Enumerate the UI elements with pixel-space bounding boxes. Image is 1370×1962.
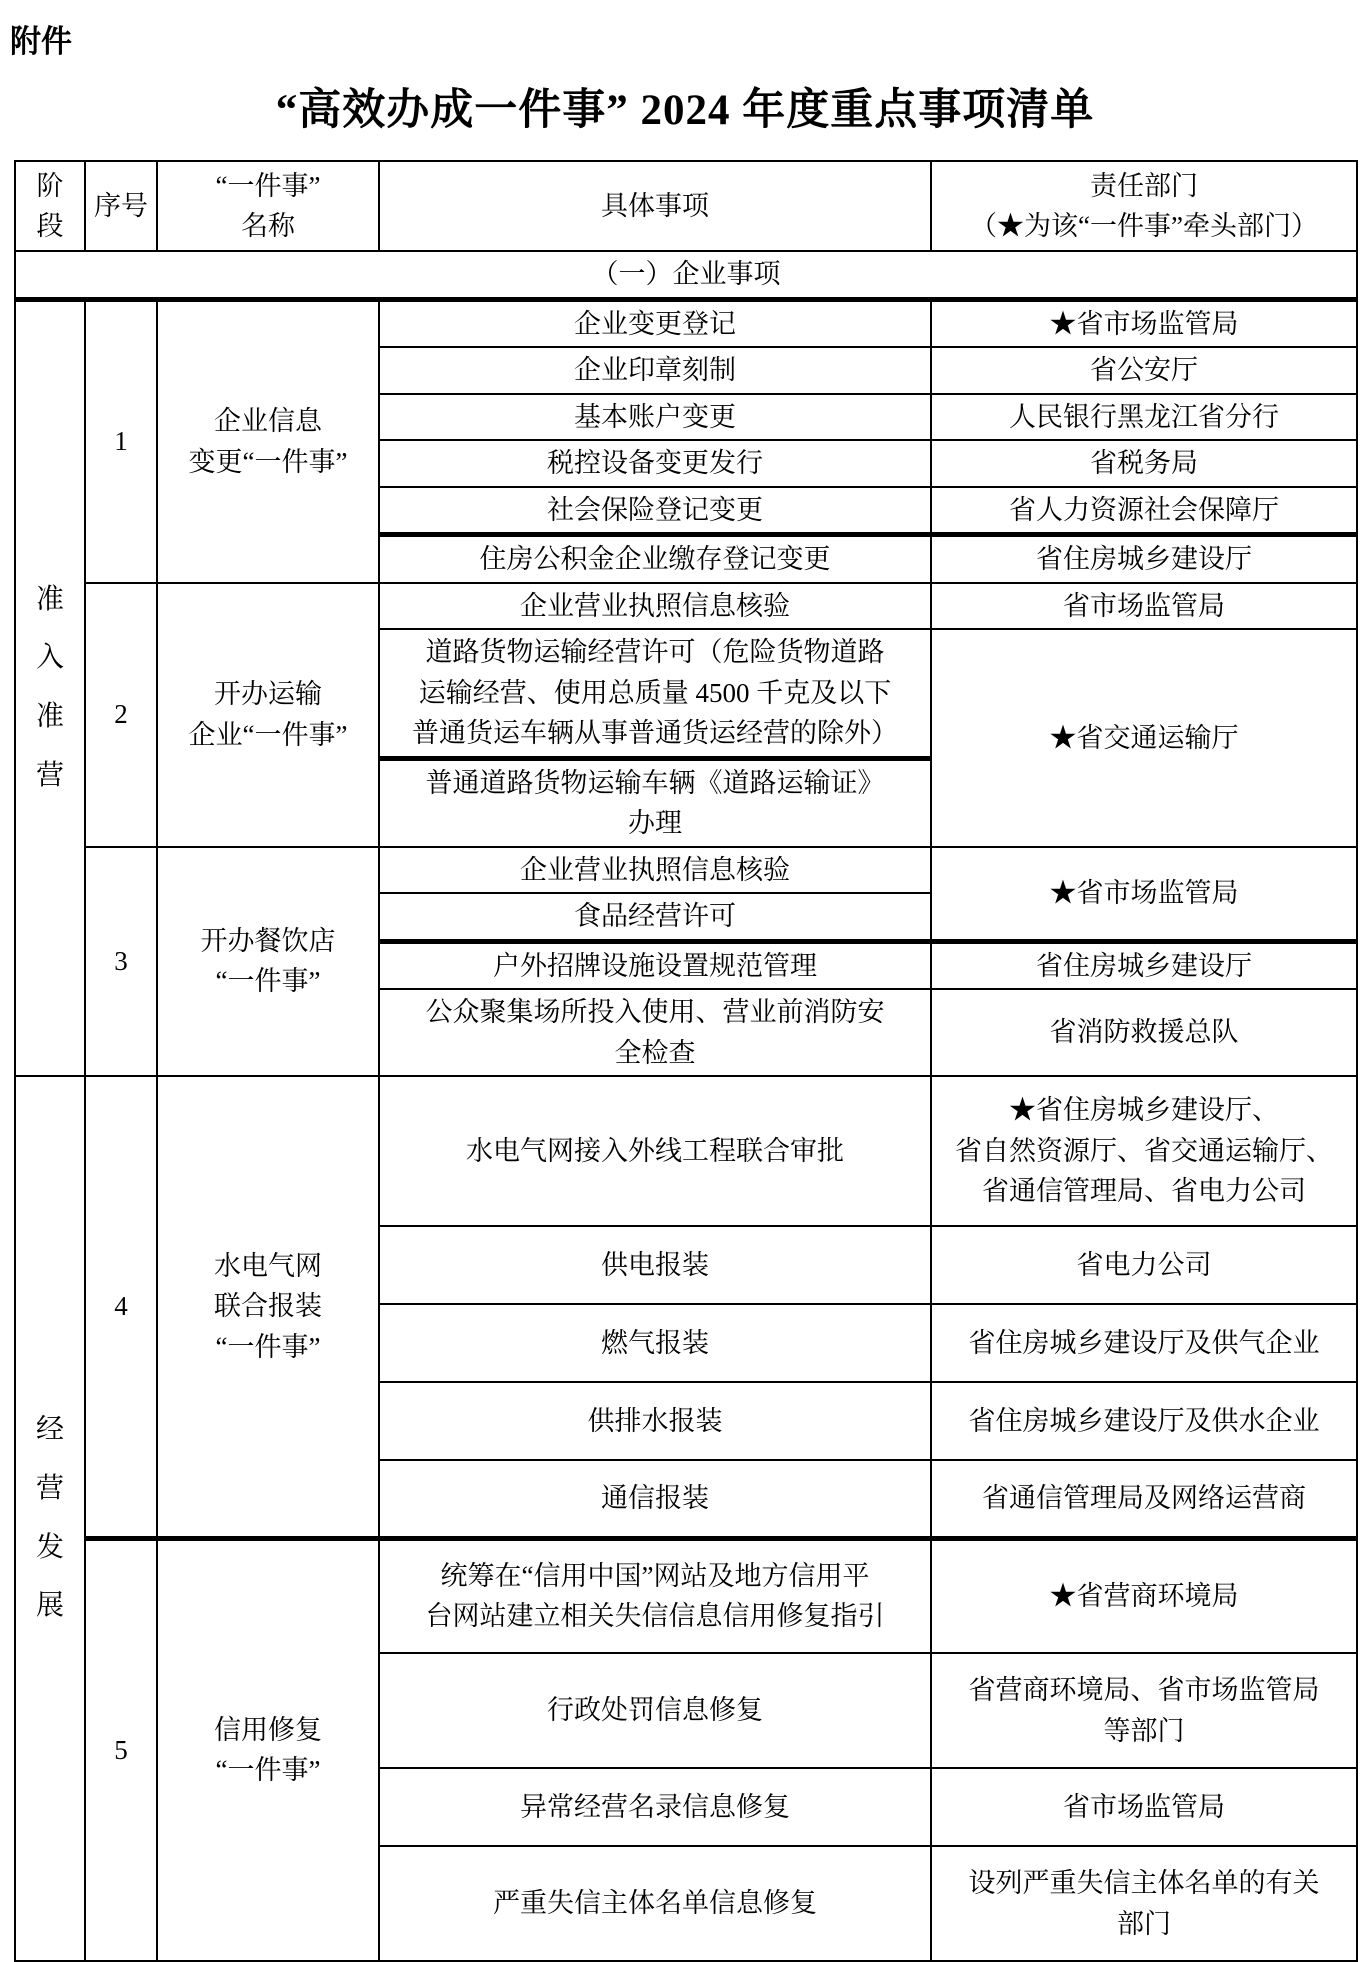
header-name: “一件事” 名称: [157, 161, 379, 251]
section-row: （一）企业事项: [15, 251, 1357, 299]
table-row: 3 开办餐饮店 “一件事” 企业营业执照信息核验 ★省市场监管局: [15, 847, 1357, 894]
dept-cell: 省人力资源社会保障厅: [931, 487, 1357, 535]
name-cell: 企业信息 变更“一件事”: [157, 299, 379, 583]
dept-cell: ★省交通运输厅: [931, 629, 1357, 847]
item-cell: 企业印章刻制: [379, 347, 931, 394]
header-item: 具体事项: [379, 161, 931, 251]
item-cell: 企业变更登记: [379, 299, 931, 347]
index-cell: 3: [85, 847, 157, 1077]
header-stage: 阶段: [15, 161, 85, 251]
dept-cell: 省住房城乡建设厅及供气企业: [931, 1304, 1357, 1382]
stage-label: 经营发展: [36, 1401, 64, 1636]
item-cell: 住房公积金企业缴存登记变更: [379, 535, 931, 583]
name-cell: 信用修复 “一件事”: [157, 1538, 379, 1961]
item-cell: 供电报装: [379, 1226, 931, 1304]
item-cell: 水电气网接入外线工程联合审批: [379, 1076, 931, 1226]
header-dept: 责任部门 （★为该“一件事”牵头部门）: [931, 161, 1357, 251]
section-title: （一）企业事项: [15, 251, 1357, 299]
dept-cell: 省住房城乡建设厅: [931, 941, 1357, 989]
item-cell: 企业营业执照信息核验: [379, 583, 931, 630]
dept-cell: 省通信管理局及网络运营商: [931, 1460, 1357, 1538]
item-cell: 户外招牌设施设置规范管理: [379, 941, 931, 989]
item-cell: 企业营业执照信息核验: [379, 847, 931, 894]
table-row: 5 信用修复 “一件事” 统筹在“信用中国”网站及地方信用平 台网站建立相关失信…: [15, 1538, 1357, 1653]
name-cell: 开办运输 企业“一件事”: [157, 583, 379, 847]
name-cell: 开办餐饮店 “一件事”: [157, 847, 379, 1077]
item-cell: 普通道路货物运输车辆《道路运输证》 办理: [379, 758, 931, 847]
item-cell: 严重失信主体名单信息修复: [379, 1846, 931, 1961]
attachment-label: 附件: [10, 16, 72, 61]
stage-cell: 准入准营: [15, 299, 85, 1076]
item-cell: 公众聚集场所投入使用、营业前消防安 全检查: [379, 989, 931, 1076]
item-cell: 基本账户变更: [379, 394, 931, 441]
page-title: “高效办成一件事” 2024 年度重点事项清单: [0, 76, 1370, 137]
dept-cell: 省电力公司: [931, 1226, 1357, 1304]
name-cell: 水电气网 联合报装 “一件事”: [157, 1076, 379, 1538]
dept-cell: 省市场监管局: [931, 1768, 1357, 1846]
dept-cell: 省消防救援总队: [931, 989, 1357, 1076]
table-row: 经营发展 4 水电气网 联合报装 “一件事” 水电气网接入外线工程联合审批 ★省…: [15, 1076, 1357, 1226]
dept-cell: 省市场监管局: [931, 583, 1357, 630]
item-cell: 税控设备变更发行: [379, 440, 931, 487]
dept-cell: ★省市场监管局: [931, 299, 1357, 347]
dept-cell: 人民银行黑龙江省分行: [931, 394, 1357, 441]
index-cell: 1: [85, 299, 157, 583]
stage-label: 准入准营: [36, 571, 64, 806]
dept-cell: 省税务局: [931, 440, 1357, 487]
dept-cell: ★省住房城乡建设厅、 省自然资源厅、省交通运输厅、 省通信管理局、省电力公司: [931, 1076, 1357, 1226]
index-cell: 4: [85, 1076, 157, 1538]
dept-cell: ★省市场监管局: [931, 847, 1357, 942]
table-row: 2 开办运输 企业“一件事” 企业营业执照信息核验 省市场监管局: [15, 583, 1357, 630]
dept-cell: 省营商环境局、省市场监管局 等部门: [931, 1653, 1357, 1768]
matters-table: 阶段 序号 “一件事” 名称 具体事项 责任部门 （★为该“一件事”牵头部门） …: [14, 160, 1358, 1962]
item-cell: 异常经营名录信息修复: [379, 1768, 931, 1846]
item-cell: 食品经营许可: [379, 893, 931, 941]
item-cell: 通信报装: [379, 1460, 931, 1538]
header-row: 阶段 序号 “一件事” 名称 具体事项 责任部门 （★为该“一件事”牵头部门）: [15, 161, 1357, 251]
dept-cell: 省住房城乡建设厅及供水企业: [931, 1382, 1357, 1460]
item-cell: 统筹在“信用中国”网站及地方信用平 台网站建立相关失信信息信用修复指引: [379, 1538, 931, 1653]
item-cell: 道路货物运输经营许可（危险货物道路 运输经营、使用总质量 4500 千克及以下 …: [379, 629, 931, 758]
dept-cell: 省住房城乡建设厅: [931, 535, 1357, 583]
table-row: 准入准营 1 企业信息 变更“一件事” 企业变更登记 ★省市场监管局: [15, 299, 1357, 347]
header-index: 序号: [85, 161, 157, 251]
item-cell: 燃气报装: [379, 1304, 931, 1382]
item-cell: 供排水报装: [379, 1382, 931, 1460]
dept-cell: 设列严重失信主体名单的有关 部门: [931, 1846, 1357, 1961]
item-cell: 行政处罚信息修复: [379, 1653, 931, 1768]
item-cell: 社会保险登记变更: [379, 487, 931, 535]
index-cell: 2: [85, 583, 157, 847]
stage-cell: 经营发展: [15, 1076, 85, 1961]
index-cell: 5: [85, 1538, 157, 1961]
dept-cell: ★省营商环境局: [931, 1538, 1357, 1653]
dept-cell: 省公安厅: [931, 347, 1357, 394]
